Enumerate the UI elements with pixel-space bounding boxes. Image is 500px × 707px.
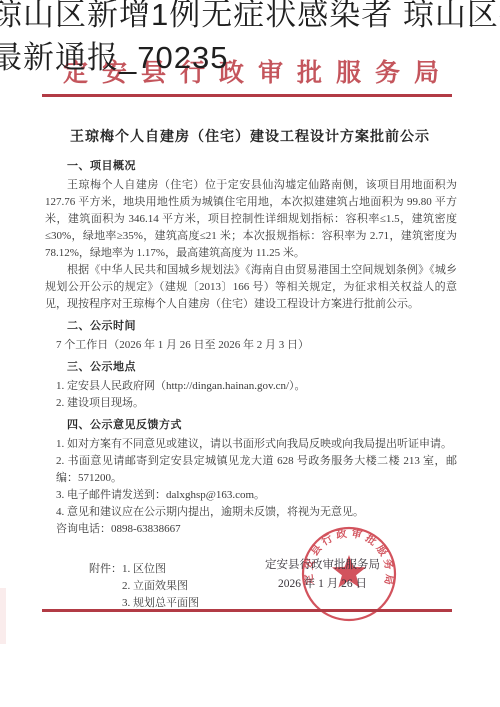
header-divider-line bbox=[42, 94, 452, 97]
section4-heading: 四、公示意见反馈方式 bbox=[45, 417, 457, 434]
scan-artifact bbox=[0, 588, 6, 644]
section2-heading: 二、公示时间 bbox=[45, 318, 457, 335]
feedback-method-item: 2. 书面意见请邮寄到定安县定城镇见龙大道 628 号政务服务大楼二楼 213 … bbox=[45, 453, 457, 487]
feedback-method-item: 4. 意见和建议应在公示期内提出，逾期未反馈，将视为无意见。 bbox=[45, 504, 457, 521]
signature-agency: 定安县行政审批服务局 bbox=[250, 556, 395, 575]
signature-date: 2026 年 1 月 26 日 bbox=[250, 575, 395, 594]
feedback-method-item: 1. 如对方案有不同意见或建议，请以书面形式向我局反映或向我局提出听证申请。 bbox=[45, 436, 457, 453]
page-headline-line2: 最新通报_70235 bbox=[0, 36, 500, 79]
footer-divider-line bbox=[42, 609, 452, 612]
section1-heading: 一、项目概况 bbox=[45, 158, 457, 175]
section1-paragraph: 根据《中华人民共和国城乡规划法》《海南自由贸易港国土空间规划条例》《城乡规划公开… bbox=[45, 262, 457, 313]
publicity-location-item: 1. 定安县人民政府网（http://dingan.hainan.gov.cn/… bbox=[45, 378, 457, 395]
section3-heading: 三、公示地点 bbox=[45, 359, 457, 376]
feedback-method-item: 3. 电子邮件请发送到：dalxghsp@163.com。 bbox=[45, 487, 457, 504]
publicity-location-item: 2. 建设项目现场。 bbox=[45, 395, 457, 412]
attachments-label: 附件： bbox=[89, 563, 122, 575]
page-headline: 琼山区新增1例无症状感染者 琼山区疫情防控 最新通报_70235 bbox=[0, 0, 500, 79]
section1-paragraph: 王琼梅个人自建房（住宅）位于定安县仙沟墟定仙路南侧，该项目用地面积为 127.7… bbox=[45, 177, 457, 262]
page-headline-line1: 琼山区新增1例无症状感染者 琼山区疫情防控 bbox=[0, 0, 500, 36]
attachment-item-1: 1. 区位图 bbox=[122, 563, 166, 575]
signature-block: 定安县行政审批服务局 2026 年 1 月 26 日 bbox=[250, 556, 395, 594]
publicity-period: 7 个工作日（2026 年 1 月 26 日至 2026 年 2 月 3 日） bbox=[45, 337, 457, 354]
document-title: 王琼梅个人自建房（住宅）建设工程设计方案批前公示 bbox=[0, 126, 500, 146]
